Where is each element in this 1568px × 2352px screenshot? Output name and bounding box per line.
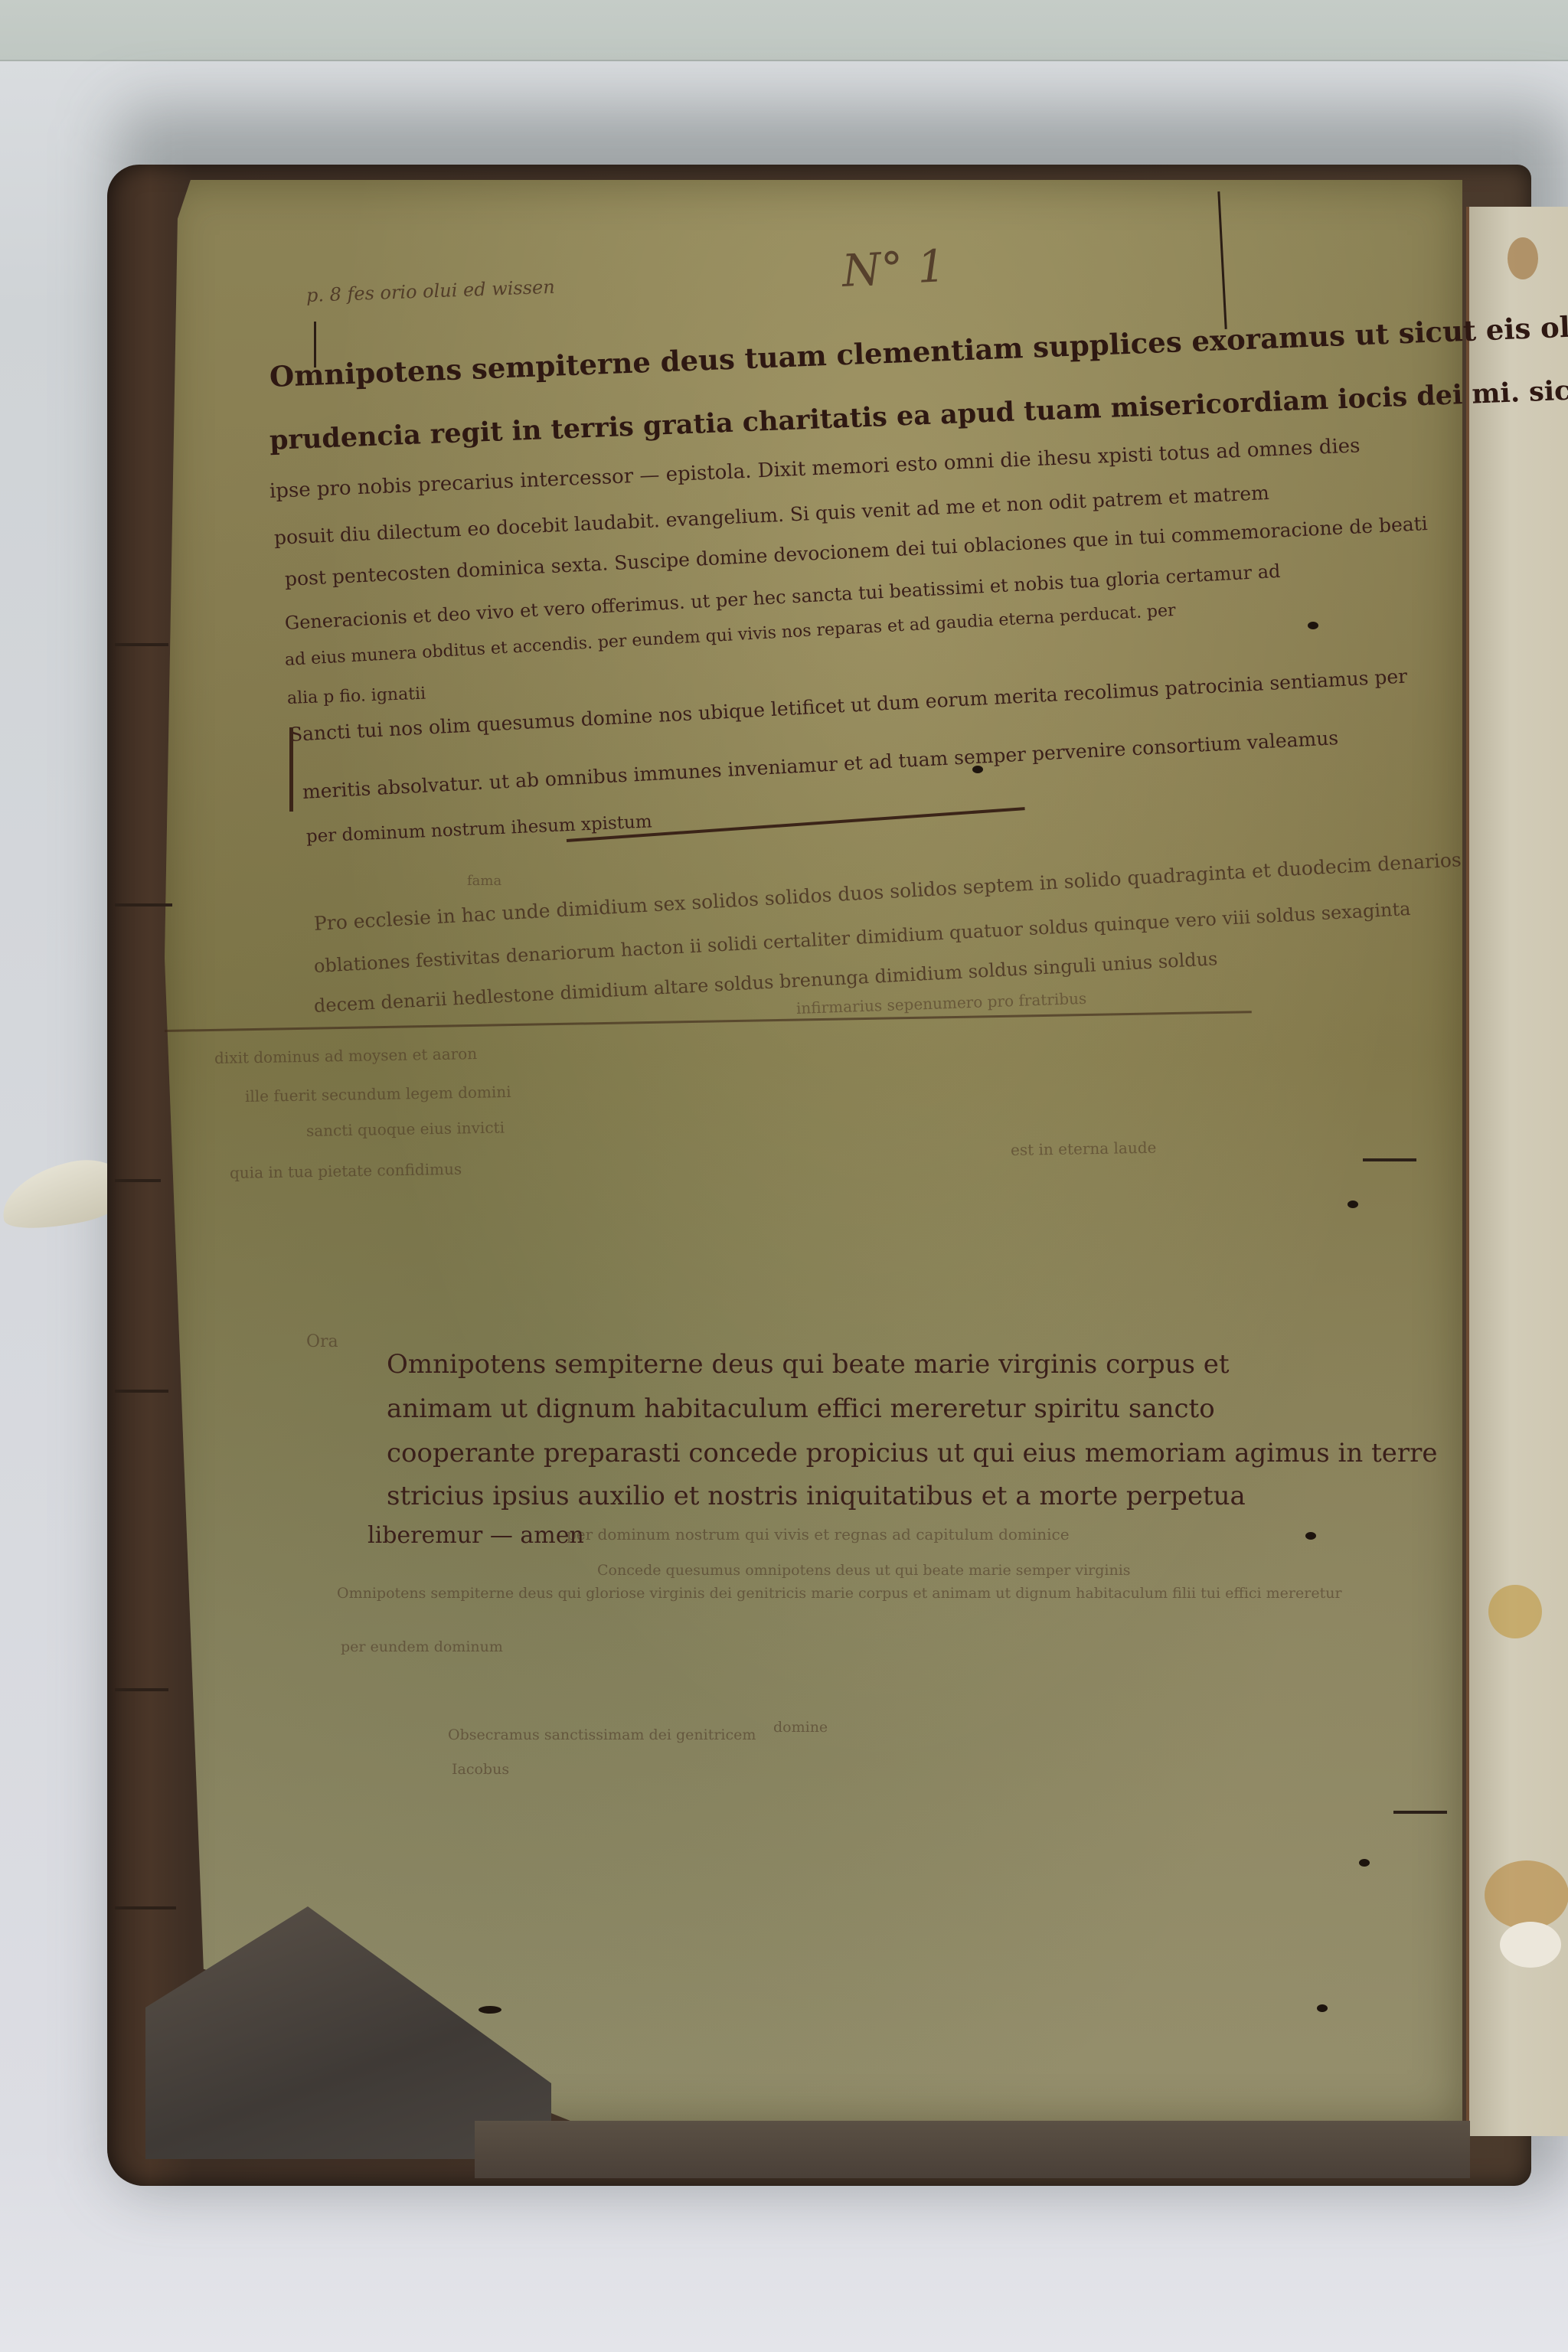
wormhole [1317, 2004, 1328, 2012]
faded-line: sancti quoque eius invicti [306, 1118, 505, 1140]
faded-line: Omnipotens sempiterne deus qui gloriose … [337, 1585, 1342, 1602]
text-line: animam ut dignum habitaculum effici mere… [387, 1393, 1215, 1424]
display-shelf-edge [0, 0, 1568, 61]
faded-line: Concede quesumus omnipotens deus ut qui … [597, 1562, 1131, 1579]
wormhole [1305, 1532, 1316, 1540]
wormhole [1308, 622, 1318, 629]
faded-line: Obsecramus sanctissimam dei genitricem [448, 1726, 756, 1743]
faded-line: domine [773, 1719, 828, 1736]
water-stain [1508, 237, 1538, 279]
water-stain [1488, 1585, 1542, 1638]
text-line: liberemur — amen [367, 1522, 584, 1549]
next-leaf [1466, 207, 1568, 2136]
wormhole [1359, 1859, 1370, 1867]
binding-stitch [115, 1179, 161, 1182]
folio-number: N° 1 [841, 240, 946, 297]
leather-bottom-turn-in [475, 2121, 1470, 2178]
binding-stitch [115, 1688, 168, 1691]
parchment-tear [314, 322, 316, 367]
text-line: stricius ipsius auxilio et nostris iniqu… [387, 1481, 1246, 1511]
binding-stitch [115, 1906, 176, 1909]
wormhole [972, 766, 983, 773]
text-line: cooperante preparasti concede propicius … [387, 1438, 1438, 1468]
faded-line: est in eterna laude [1011, 1138, 1157, 1159]
binding-stitch [115, 1390, 168, 1393]
water-stain [1485, 1860, 1568, 1929]
trailing-note: per dominum nostrum qui vivis et regnas … [567, 1525, 1070, 1543]
faded-line: Iacobus [452, 1761, 509, 1778]
text-line: Omnipotens sempiterne deus qui beate mar… [387, 1349, 1230, 1380]
binding-stitch [115, 643, 168, 646]
water-stain [1500, 1922, 1561, 1968]
wormhole [1347, 1200, 1358, 1208]
binding-stitch [115, 903, 172, 906]
margin-note: fama [467, 873, 501, 889]
ruled-line [289, 727, 293, 812]
faded-line: per eundem dominum [341, 1638, 503, 1655]
binding-stitch [1393, 1811, 1447, 1814]
wormhole [479, 2006, 501, 2014]
margin-label: Ora [306, 1332, 338, 1351]
binding-stitch [1363, 1158, 1416, 1161]
